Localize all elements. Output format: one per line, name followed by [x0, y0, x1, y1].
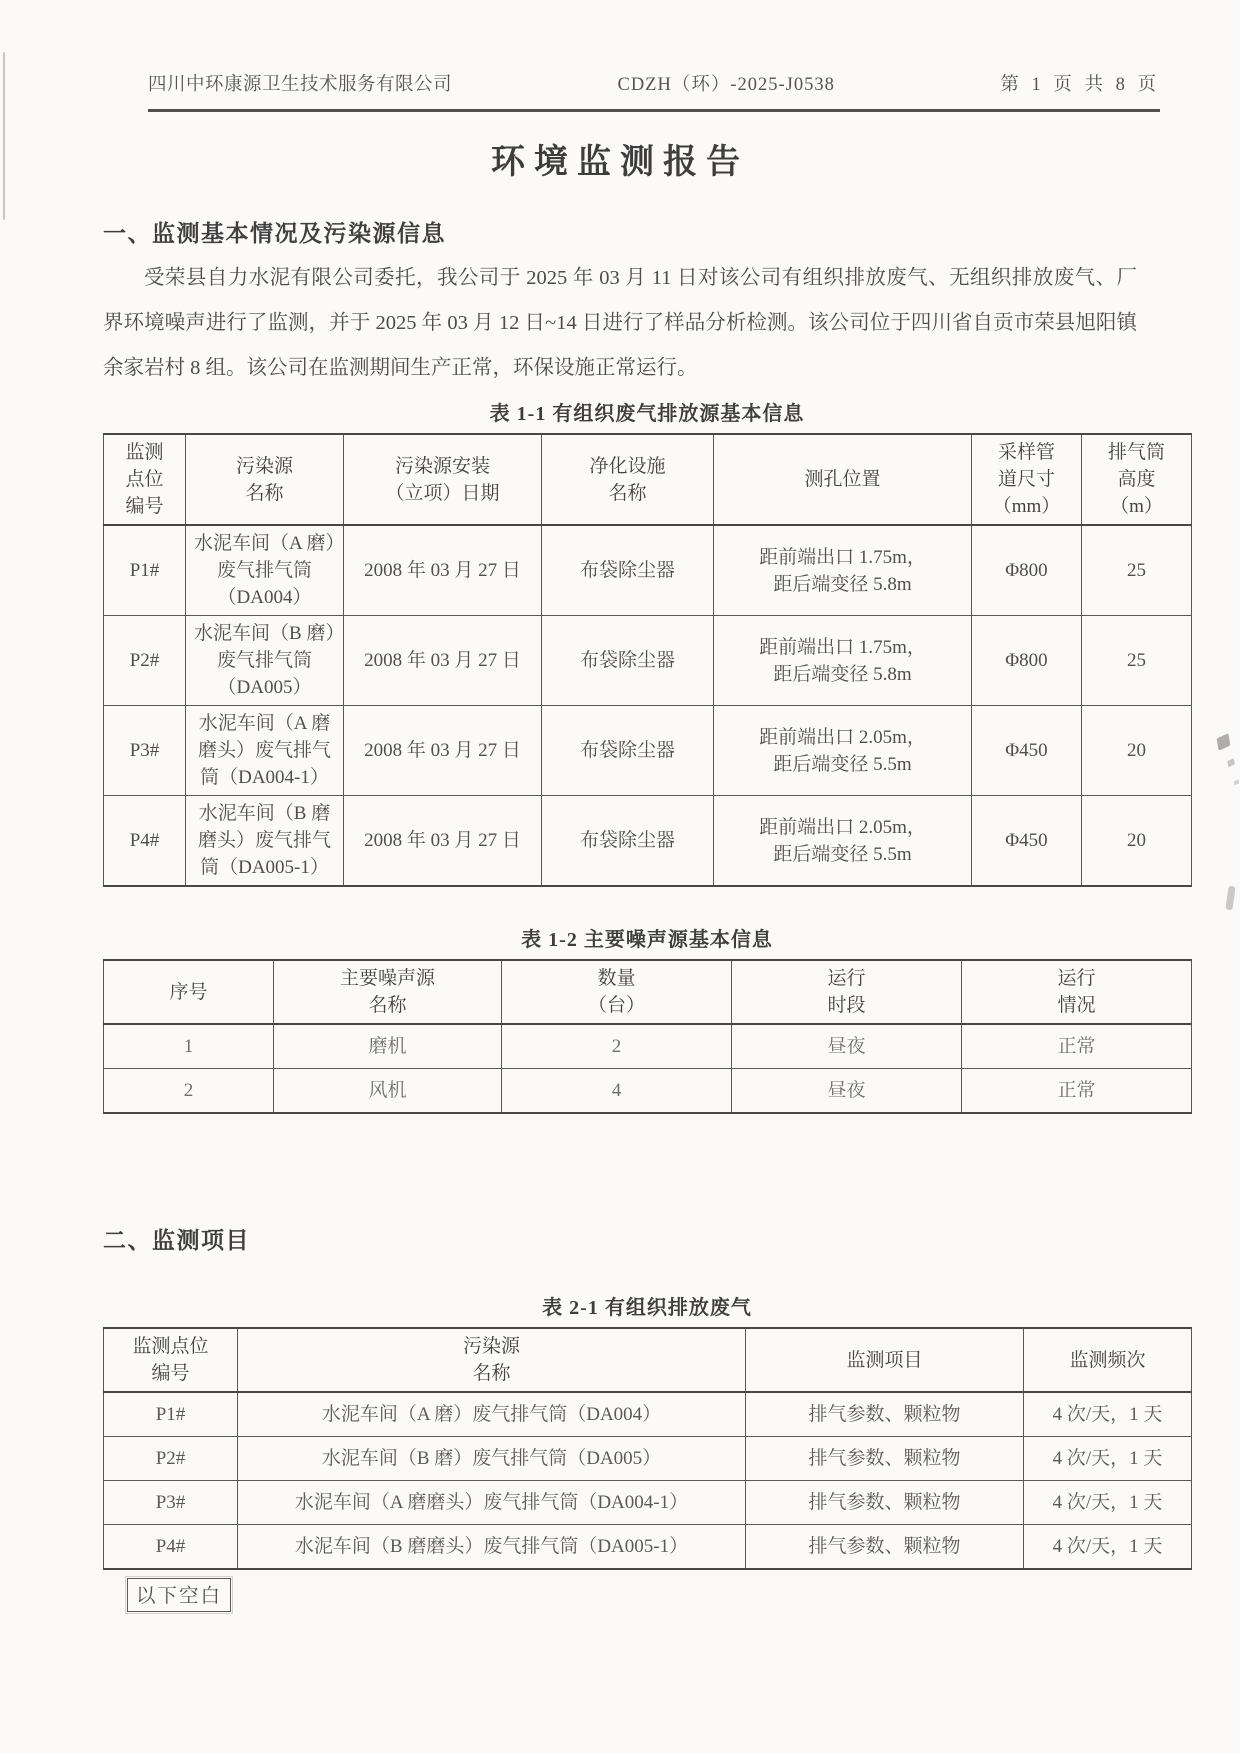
scan-smudge-artifact [1217, 733, 1231, 751]
column-header: 监测点位 编号 [104, 1328, 238, 1392]
table-cell: P4# [104, 1525, 238, 1570]
table-cell: P3# [104, 1481, 238, 1525]
table-cell: 排气参数、颗粒物 [746, 1525, 1024, 1570]
column-header: 主要噪声源 名称 [274, 960, 502, 1024]
table-cell: 水泥车间（B 磨）废气排气筒（DA005） [238, 1437, 746, 1481]
table-cell: 4 次/天，1 天 [1024, 1392, 1192, 1437]
table-cell: 距前端出口 2.05m， 距后端变径 5.5m [714, 796, 972, 887]
scanned-report-page: 四川中环康源卫生技术服务有限公司 CDZH（环）-2025-J0538 第 1 … [0, 0, 1240, 1753]
table-cell: P3# [104, 706, 186, 796]
table-cell: P1# [104, 1392, 238, 1437]
table-cell: 距前端出口 2.05m， 距后端变径 5.5m [714, 706, 972, 796]
table-cell: 水泥车间（A 磨磨头）废气排气筒（DA004-1） [186, 706, 344, 796]
table-cell: 4 次/天，1 天 [1024, 1481, 1192, 1525]
table-1-2-caption: 表 1-2 主要噪声源基本信息 [103, 923, 1191, 952]
column-header: 净化设施 名称 [542, 434, 714, 525]
table-cell: 水泥车间（B 磨磨头）废气排气筒（DA005-1） [238, 1525, 746, 1570]
table-row: P3#水泥车间（A 磨磨头）废气排气筒（DA004-1）排气参数、颗粒物4 次/… [104, 1481, 1192, 1525]
column-header: 污染源 名称 [186, 434, 344, 525]
column-header: 测孔位置 [714, 434, 972, 525]
table-cell: P1# [104, 525, 186, 616]
table-cell: 布袋除尘器 [542, 796, 714, 887]
table-row: P2#水泥车间（B 磨）废气排气筒（DA005）2008 年 03 月 27 日… [104, 616, 1192, 706]
table-cell: 水泥车间（B 磨）废气排气筒（DA005） [186, 616, 344, 706]
table-cell: 25 [1082, 525, 1192, 616]
table-cell: 布袋除尘器 [542, 706, 714, 796]
table-cell: 20 [1082, 796, 1192, 887]
column-header: 监测 点位 编号 [104, 434, 186, 525]
column-header: 运行 时段 [732, 960, 962, 1024]
table-cell: 正常 [962, 1024, 1192, 1069]
table-cell: 2008 年 03 月 27 日 [344, 706, 542, 796]
table-row: 1磨机2昼夜正常 [104, 1024, 1192, 1069]
table-cell: 排气参数、颗粒物 [746, 1392, 1024, 1437]
table-cell: Φ450 [972, 706, 1082, 796]
blank-below-note: 以下空白 [127, 1578, 231, 1612]
column-header: 数量 （台） [502, 960, 732, 1024]
table-cell: 昼夜 [732, 1024, 962, 1069]
table-cell: 水泥车间（A 磨磨头）废气排气筒（DA004-1） [238, 1481, 746, 1525]
table-2-1-caption: 表 2-1 有组织排放废气 [103, 1291, 1191, 1320]
table-cell: P2# [104, 616, 186, 706]
table-cell: 磨机 [274, 1024, 502, 1069]
table-cell: 水泥车间（A 磨）废气排气筒（DA004） [186, 525, 344, 616]
table-monitoring-items: 监测点位 编号污染源 名称监测项目监测频次 P1#水泥车间（A 磨）废气排气筒（… [103, 1327, 1192, 1570]
table-cell: P4# [104, 796, 186, 887]
table-header-row: 监测点位 编号污染源 名称监测项目监测频次 [104, 1328, 1192, 1392]
scan-smudge-artifact [1225, 886, 1235, 911]
table-noise-sources: 序号主要噪声源 名称数量 （台）运行 时段运行 情况 1磨机2昼夜正常2风机4昼… [103, 959, 1192, 1114]
table-cell: Φ800 [972, 525, 1082, 616]
column-header: 运行 情况 [962, 960, 1192, 1024]
table-cell: 风机 [274, 1069, 502, 1114]
table-cell: 昼夜 [732, 1069, 962, 1114]
column-header: 污染源 名称 [238, 1328, 746, 1392]
column-header: 排气筒 高度 （m） [1082, 434, 1192, 525]
table-cell: P2# [104, 1437, 238, 1481]
table-row: P2#水泥车间（B 磨）废气排气筒（DA005）排气参数、颗粒物4 次/天，1 … [104, 1437, 1192, 1481]
table-cell: 25 [1082, 616, 1192, 706]
table-row: P4#水泥车间（B 磨磨头）废气排气筒（DA005-1）排气参数、颗粒物4 次/… [104, 1525, 1192, 1570]
table-row: P1#水泥车间（A 磨）废气排气筒（DA004）2008 年 03 月 27 日… [104, 525, 1192, 616]
table-cell: 布袋除尘器 [542, 616, 714, 706]
table-cell: 水泥车间（A 磨）废气排气筒（DA004） [238, 1392, 746, 1437]
table-row: P4#水泥车间（B 磨磨头）废气排气筒（DA005-1）2008 年 03 月 … [104, 796, 1192, 887]
intro-paragraph: 受荣县自力水泥有限公司委托，我公司于 2025 年 03 月 11 日对该公司有… [103, 256, 1137, 391]
table-cell: 距前端出口 1.75m， 距后端变径 5.8m [714, 616, 972, 706]
company-name: 四川中环康源卫生技术服务有限公司 [148, 70, 452, 96]
table-cell: 2008 年 03 月 27 日 [344, 525, 542, 616]
document-title: 环境监测报告 [103, 134, 1137, 183]
column-header: 污染源安装 （立项）日期 [344, 434, 542, 525]
column-header: 采样管 道尺寸 （mm） [972, 434, 1082, 525]
table-cell: 4 [502, 1069, 732, 1114]
table-cell: 2 [104, 1069, 274, 1114]
table-cell: 正常 [962, 1069, 1192, 1114]
column-header: 序号 [104, 960, 274, 1024]
table-header-row: 监测 点位 编号污染源 名称污染源安装 （立项）日期净化设施 名称测孔位置采样管… [104, 434, 1192, 525]
table-cell: 2008 年 03 月 27 日 [344, 616, 542, 706]
column-header: 监测项目 [746, 1328, 1024, 1392]
table-cell: 1 [104, 1024, 274, 1069]
running-header: 四川中环康源卫生技术服务有限公司 CDZH（环）-2025-J0538 第 1 … [148, 70, 1160, 112]
table-cell: 排气参数、颗粒物 [746, 1437, 1024, 1481]
table-cell: 4 次/天，1 天 [1024, 1437, 1192, 1481]
table-1-1-caption: 表 1-1 有组织废气排放源基本信息 [103, 397, 1191, 426]
report-code: CDZH（环）-2025-J0538 [617, 70, 834, 96]
column-header: 监测频次 [1024, 1328, 1192, 1392]
table-row: P3#水泥车间（A 磨磨头）废气排气筒（DA004-1）2008 年 03 月 … [104, 706, 1192, 796]
section-heading-1: 一、监测基本情况及污染源信息 [103, 215, 1191, 248]
page-number: 第 1 页 共 8 页 [1000, 70, 1160, 96]
table-cell: 布袋除尘器 [542, 525, 714, 616]
table-cell: 20 [1082, 706, 1192, 796]
table-cell: 2008 年 03 月 27 日 [344, 796, 542, 887]
table-cell: Φ800 [972, 616, 1082, 706]
table-cell: 2 [502, 1024, 732, 1069]
scan-fold-artifact [3, 52, 5, 220]
section-heading-2: 二、监测项目 [103, 1222, 1191, 1255]
table-cell: 4 次/天，1 天 [1024, 1525, 1192, 1570]
table-organized-exhaust-sources: 监测 点位 编号污染源 名称污染源安装 （立项）日期净化设施 名称测孔位置采样管… [103, 433, 1192, 887]
table-cell: 排气参数、颗粒物 [746, 1481, 1024, 1525]
table-header-row: 序号主要噪声源 名称数量 （台）运行 时段运行 情况 [104, 960, 1192, 1024]
content-column: 一、监测基本情况及污染源信息 受荣县自力水泥有限公司委托，我公司于 2025 年… [103, 215, 1191, 1612]
table-row: P1#水泥车间（A 磨）废气排气筒（DA004）排气参数、颗粒物4 次/天，1 … [104, 1392, 1192, 1437]
table-cell: 水泥车间（B 磨磨头）废气排气筒（DA005-1） [186, 796, 344, 887]
table-cell: 距前端出口 1.75m， 距后端变径 5.8m [714, 525, 972, 616]
table-row: 2风机4昼夜正常 [104, 1069, 1192, 1114]
table-cell: Φ450 [972, 796, 1082, 887]
